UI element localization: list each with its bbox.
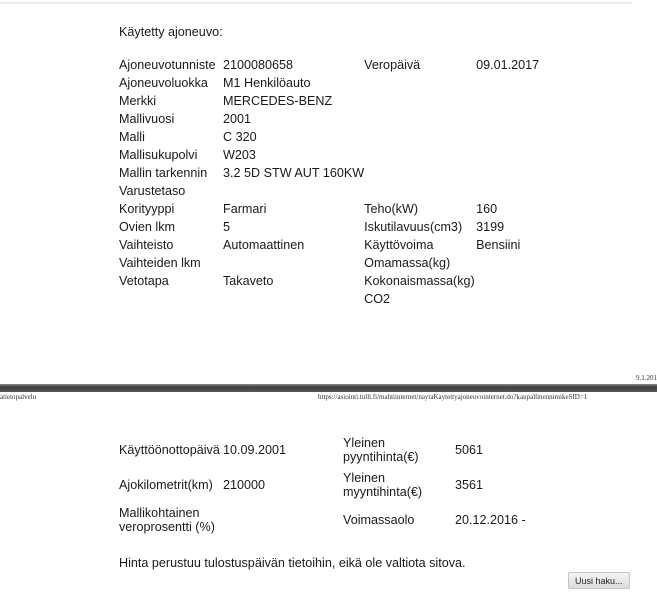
field-value: 09.01.2017: [476, 58, 566, 76]
field-value: 3199: [476, 220, 566, 238]
table-row: KorityyppiFarmariTeho(kW)160: [119, 202, 566, 220]
field-value: Takaveto: [223, 274, 364, 292]
field-label: Ovien lkm: [119, 220, 223, 238]
field-label: [364, 112, 476, 130]
field-label: Yleinen pyyntihinta(€): [343, 432, 455, 467]
table-row: MerkkiMERCEDES-BENZ: [119, 94, 566, 112]
field-value: 160: [476, 202, 566, 220]
field-value: C 320: [223, 130, 364, 148]
table-row: VetotapaTakavetoKokonaismassa(kg): [119, 274, 566, 292]
field-value: [476, 130, 566, 148]
field-value: 5: [223, 220, 364, 238]
table-row: MalliC 320: [119, 130, 566, 148]
price-details-table: Käyttöönottopäivä10.09.2001Yleinen pyynt…: [119, 432, 545, 537]
field-value: [223, 256, 364, 274]
field-label: Mallikohtainen veroprosentti (%): [119, 502, 223, 537]
field-value: [223, 502, 343, 537]
field-label: Teho(kW): [364, 202, 476, 220]
new-search-button[interactable]: Uusi haku...: [568, 572, 630, 589]
field-value: [476, 256, 566, 274]
field-label: Mallin tarkennin: [119, 166, 223, 184]
field-value: W203: [223, 148, 364, 166]
print-site-title: atietopalvelu: [0, 393, 36, 401]
field-value: [476, 292, 566, 310]
field-label: Vaihteiden lkm: [119, 256, 223, 274]
field-value: [476, 166, 566, 184]
field-label: Vetotapa: [119, 274, 223, 292]
vehicle-heading: Käytetty ajoneuvo:: [119, 24, 223, 58]
field-label: Kokonaismassa(kg): [364, 274, 476, 292]
price-disclaimer: Hinta perustuu tulostuspäivän tietoihin,…: [119, 556, 466, 570]
table-row: MallisukupolviW203: [119, 148, 566, 166]
field-label: [364, 148, 476, 166]
field-label: Veropäivä: [364, 58, 476, 76]
table-row: Ovien lkm5Iskutilavuus(cm3)3199: [119, 220, 566, 238]
table-row: Mallivuosi2001: [119, 112, 566, 130]
table-row: Ajoneuvotunniste2100080658Veropäivä09.01…: [119, 58, 566, 76]
field-value: Automaattinen: [223, 238, 364, 256]
field-label: [364, 166, 476, 184]
vehicle-heading-row: Käytetty ajoneuvo:: [119, 24, 566, 58]
field-label: Yleinen myyntihinta(€): [343, 467, 455, 502]
field-value: 3561: [455, 467, 545, 502]
field-value: MERCEDES-BENZ: [223, 94, 364, 112]
field-label: Malli: [119, 130, 223, 148]
field-value: [223, 292, 364, 310]
field-label: [364, 130, 476, 148]
field-value: [223, 184, 364, 202]
table-row: VaihteistoAutomaattinenKäyttövoimaBensii…: [119, 238, 566, 256]
field-value: [476, 94, 566, 112]
field-label: Varustetaso: [119, 184, 223, 202]
field-value: [476, 76, 566, 94]
page-break-divider: [0, 384, 657, 392]
field-label: Käyttövoima: [364, 238, 476, 256]
printed-page: Käytetty ajoneuvo: Ajoneuvotunniste21000…: [0, 0, 657, 600]
field-value: 2100080658: [223, 58, 364, 76]
print-url: https://asiointi.tulli.fi/mahtiinternet/…: [318, 393, 587, 401]
field-value: 5061: [455, 432, 545, 467]
field-value: [476, 148, 566, 166]
table-row: Mallikohtainen veroprosentti (%)Voimassa…: [119, 502, 545, 537]
table-row: AjoneuvoluokkaM1 Henkilöauto: [119, 76, 566, 94]
field-label: Voimassaolo: [343, 502, 455, 537]
field-label: Omamassa(kg): [364, 256, 476, 274]
field-value: [476, 112, 566, 130]
field-label: [364, 184, 476, 202]
top-divider: [0, 2, 632, 4]
table-row: Ajokilometrit(km)210000Yleinen myyntihin…: [119, 467, 545, 502]
field-value: 210000: [223, 467, 343, 502]
field-label: [364, 76, 476, 94]
field-value: 20.12.2016 -: [455, 502, 545, 537]
table-row: Vaihteiden lkmOmamassa(kg): [119, 256, 566, 274]
field-label: [119, 292, 223, 310]
field-label: Iskutilavuus(cm3): [364, 220, 476, 238]
field-value: 2001: [223, 112, 364, 130]
vehicle-details-table: Käytetty ajoneuvo: Ajoneuvotunniste21000…: [119, 24, 566, 310]
field-label: Ajoneuvotunniste: [119, 58, 223, 76]
print-date: 9.1.201: [636, 374, 657, 382]
field-label: Käyttöönottopäivä: [119, 432, 223, 467]
field-value: Bensiini: [476, 238, 566, 256]
field-label: Merkki: [119, 94, 223, 112]
field-label: Mallivuosi: [119, 112, 223, 130]
table-row: CO2: [119, 292, 566, 310]
field-value: [476, 184, 566, 202]
field-label: Vaihteisto: [119, 238, 223, 256]
field-label: Mallisukupolvi: [119, 148, 223, 166]
field-value: Farmari: [223, 202, 364, 220]
field-value: [476, 274, 566, 292]
field-value: 3.2 5D STW AUT 160KW: [223, 166, 364, 184]
field-label: [364, 94, 476, 112]
field-label: Ajoneuvoluokka: [119, 76, 223, 94]
field-label: Korityyppi: [119, 202, 223, 220]
field-label: CO2: [364, 292, 476, 310]
table-row: Mallin tarkennin3.2 5D STW AUT 160KW: [119, 166, 566, 184]
table-row: Käyttöönottopäivä10.09.2001Yleinen pyynt…: [119, 432, 545, 467]
field-label: Ajokilometrit(km): [119, 467, 223, 502]
field-value: 10.09.2001: [223, 432, 343, 467]
table-row: Varustetaso: [119, 184, 566, 202]
field-value: M1 Henkilöauto: [223, 76, 364, 94]
